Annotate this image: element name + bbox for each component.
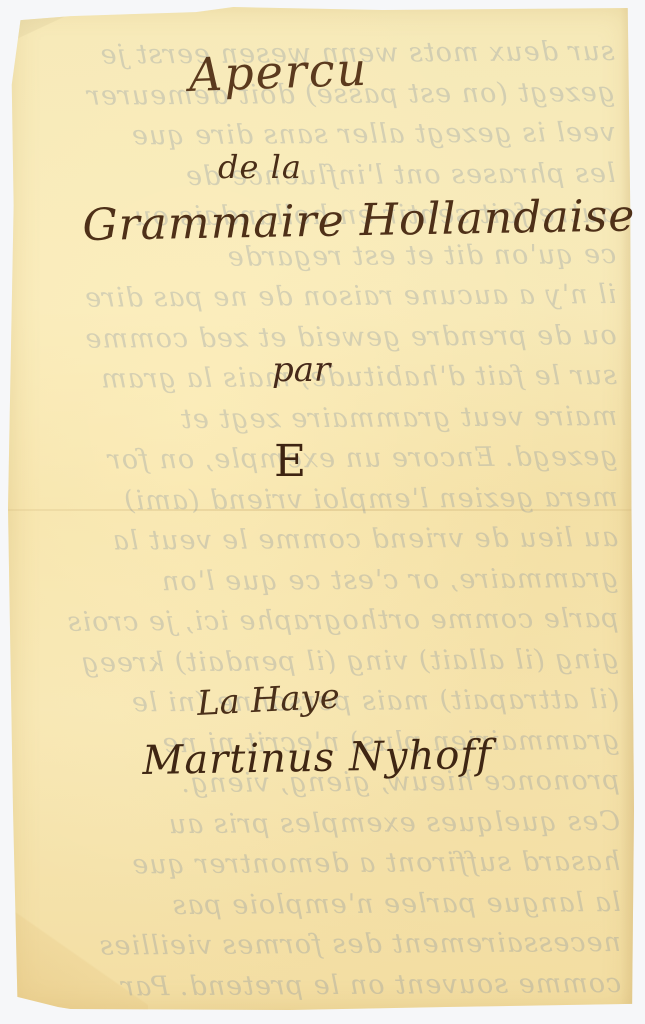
bleed-line: il n'y a aucune raison de ne pas dire [46, 275, 616, 319]
title-grammaire-hollandaise: Grammaire Hollandaise [82, 190, 636, 251]
bleed-line: Ces quelques exemples pris au [50, 802, 620, 846]
bleed-line: gezegd. Encore un exemple, on for [47, 437, 617, 481]
bleed-line: maire veut grammaire zegt et [47, 397, 617, 441]
bleed-line: mera gezien l'emploi vriend (ami) [48, 478, 618, 522]
title-de-la: de la [218, 148, 302, 186]
manuscript-page: sur deux mots wenn wesen eerst je gezegt… [8, 4, 634, 1012]
byline-par: par [272, 350, 330, 390]
publication-place: La Haye [196, 677, 341, 724]
title-apercu: Apercu [188, 42, 369, 102]
bleed-line: ou de prendre geweid et zed comme [47, 316, 617, 360]
bleed-line: parle comme orthographe ici, je crois [49, 599, 619, 643]
bleed-line: necessairement des formes vieillies [51, 923, 621, 967]
bleed-line: au lieu de vriend comme le veut la [48, 518, 618, 562]
bleed-line: hasard suffiront a demontrer que [50, 842, 620, 886]
bleed-line: comme souvent on le pretend. Par [51, 963, 621, 1007]
bleed-line: veel is gezegt aller sans dire que [45, 113, 615, 157]
bleed-line: grammaire, or c'est ce que l'on [48, 559, 618, 603]
author-initial: E [274, 436, 306, 487]
bleed-line: la langue parlee n'emploie pas [51, 883, 621, 927]
bleed-line: sur le fait d'habitude, mais la gram [47, 356, 617, 400]
scan-background: sur deux mots wenn wesen eerst je gezegt… [0, 0, 645, 1024]
bleed-through-text: sur deux mots wenn wesen eerst je gezegt… [45, 32, 622, 1008]
edge-discoloration [620, 4, 634, 1012]
publisher-name: Martinus Nyhoff [142, 732, 492, 784]
